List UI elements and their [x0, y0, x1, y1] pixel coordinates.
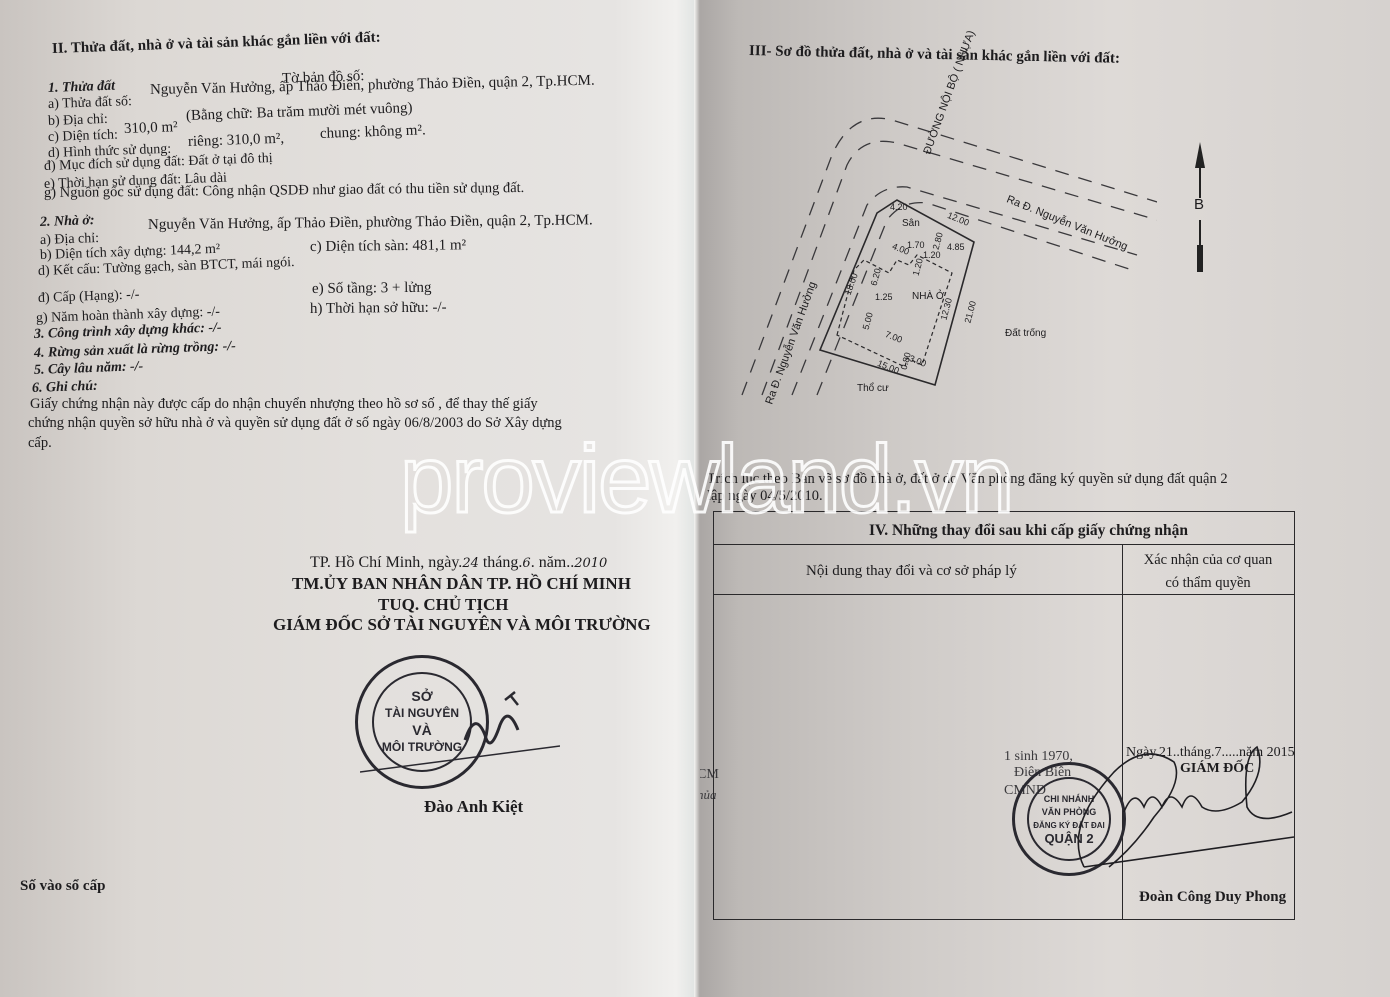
dim-house-top-right: 4.85	[947, 238, 965, 256]
year-prefix: . năm..	[531, 554, 575, 571]
changes-table: IV. Những thay đổi sau khi cấp giấy chứn…	[713, 511, 1295, 920]
notes-line-3: cấp.	[28, 434, 52, 452]
dim-top-corner: 4.20	[890, 198, 908, 216]
date-month: 6	[522, 556, 530, 571]
signature-left	[360, 680, 560, 800]
house-heading: 2. Nhà ở:	[40, 212, 95, 232]
residential-label: Thổ cư	[857, 380, 889, 398]
usage-shared: chung: không m².	[320, 121, 426, 143]
col-header-content: Nội dung thay đổi và cơ sở pháp lý	[806, 562, 1017, 580]
notes-line-1: Giấy chứng nhận này được cấp do nhận chu…	[30, 395, 538, 413]
month-prefix: tháng.	[479, 554, 523, 571]
date-prefix: TP. Hồ Chí Minh, ngày.	[310, 554, 462, 571]
registry-label: Số vào sổ cấp	[20, 877, 105, 895]
yard-label: Sân	[902, 215, 920, 233]
signer-right: Đoàn Công Duy Phong	[1139, 888, 1286, 906]
land-area-words: (Bằng chữ: Ba trăm mười mét vuông)	[186, 99, 413, 125]
date-year: 2010	[574, 556, 607, 571]
signing-place-date: TP. Hồ Chí Minh, ngày.24 tháng.6. năm..2…	[310, 554, 607, 573]
perennial: 5. Cây lâu năm: -/-	[34, 358, 144, 380]
land-area-value: 310,0 m²	[124, 118, 178, 138]
signature-right	[1044, 737, 1294, 887]
signer-left: Đào Anh Kiệt	[424, 798, 523, 816]
house-ownership-term: h) Thời hạn sở hữu: -/-	[310, 299, 447, 318]
land-origin: g) Nguồn gốc sử dụng đất: Công nhận QSDĐ…	[44, 179, 524, 202]
land-address-value: Nguyễn Văn Hưởng, ấp Thảo Điền, phường T…	[150, 72, 595, 99]
section-iii-title: III- Sơ đồ thửa đất, nhà ở và tài sản kh…	[749, 42, 1120, 68]
north-label: B	[1194, 196, 1204, 214]
table-divider	[714, 544, 1294, 545]
signing-line-1: TM.ỦY BAN NHÂN DÂN TP. HỒ CHÍ MINH	[292, 575, 631, 593]
watermark: proviewland.vn	[400, 425, 1012, 535]
col-header-confirmation-2: có thẩm quyền	[1122, 574, 1294, 592]
house-address-value: Nguyễn Văn Hưởng, ấp Thảo Điền, phường T…	[148, 211, 593, 234]
house-floor-area: c) Diện tích sàn: 481,1 m²	[310, 236, 466, 256]
dim-house-step1: 1.70	[907, 236, 925, 254]
dim-house-notch: 1.25	[875, 288, 893, 306]
house-grade: đ) Cấp (Hạng): -/-	[38, 286, 140, 308]
section-ii-title: II. Thửa đất, nhà ở và tài sản khác gắn …	[52, 29, 381, 58]
usage-private: riêng: 310,0 m²,	[188, 130, 285, 151]
vacant-label: Đất trống	[1005, 325, 1046, 343]
signing-line-3: GIÁM ĐỐC SỞ TÀI NGUYÊN VÀ MÔI TRƯỜNG	[273, 616, 651, 634]
table-divider	[714, 594, 1294, 595]
house-floors: e) Số tầng: 3 + lửng	[312, 279, 432, 298]
col-header-confirmation-1: Xác nhận của cơ quan	[1122, 551, 1294, 569]
signing-line-2: TUQ. CHỦ TỊCH	[378, 596, 509, 614]
date-day: 24	[462, 556, 479, 571]
